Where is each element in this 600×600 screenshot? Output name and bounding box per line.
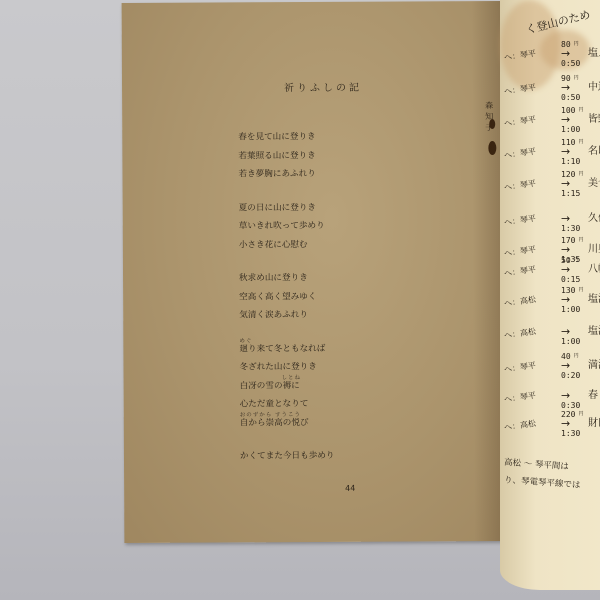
stanza-closing: かくてまた今日も歩めり [240,447,335,466]
poem-line: 若き夢胸にあふれり [238,165,333,184]
poem-title: 祈りふしの記 [284,79,362,94]
poem-line: 秋求め山に登りき [239,269,334,288]
poem-line: めぐ 廻り来て冬ともなれば [239,339,334,358]
poem-line: 空高く高く望みゆく [239,287,334,306]
poem-line: おのずから すうこう 自から崇高の悦び [240,413,335,432]
poem-body: 春を見て山に登りき 若葉照る山に登りき 若き夢胸にあふれり 夏の日に山に登りき … [238,128,334,481]
ruby-annotation: めぐ [239,332,252,351]
stanza-summer: 夏の日に山に登りき 草いきれ吹って歩めり 小さき花に心慰む [239,198,334,254]
poem-line: 夏の日に山に登りき [239,198,334,217]
ruby-annotation: おのずから すうこう [240,406,301,425]
right-book-page: く登山のため へ：琴平 80円 → 0:50 塩入 へ：琴平 90円 → 0:5… [500,0,600,590]
poem-line: 若葉照る山に登りき [238,146,333,165]
poem-line: しとね 白冴の雪の褥に [240,376,335,395]
stanza-winter: めぐ 廻り来て冬ともなれば 冬ざれた山に登りき しとね 白冴の雪の褥に 心ただ童… [239,339,334,432]
poem-line: 気清く涙あふれり [239,306,334,325]
poem-line: 小さき花に心慰む [239,235,334,254]
poem-line: 春を見て山に登りき [238,128,333,147]
ink-stain [488,141,496,155]
left-book-page: 祈りふしの記 森 知 子 春を見て山に登りき 若葉照る山に登りき 若き夢胸にあふ… [122,1,505,543]
footer-line: り、琴電琴平線では [504,473,581,490]
stanza-autumn: 秋求め山に登りき 空高く高く望みゆく 気清く涙あふれり [239,269,334,325]
poem-line: かくてまた今日も歩めり [240,447,335,466]
stanza-spring: 春を見て山に登りき 若葉照る山に登りき 若き夢胸にあふれり [238,128,333,184]
ruby-annotation: しとね [282,369,302,388]
footer-line: 高松 〜 琴平間は [504,456,570,472]
poem-line: 草いきれ吹って歩めり [239,217,334,236]
ink-stain [489,119,495,129]
page-number: 44 [345,484,355,493]
